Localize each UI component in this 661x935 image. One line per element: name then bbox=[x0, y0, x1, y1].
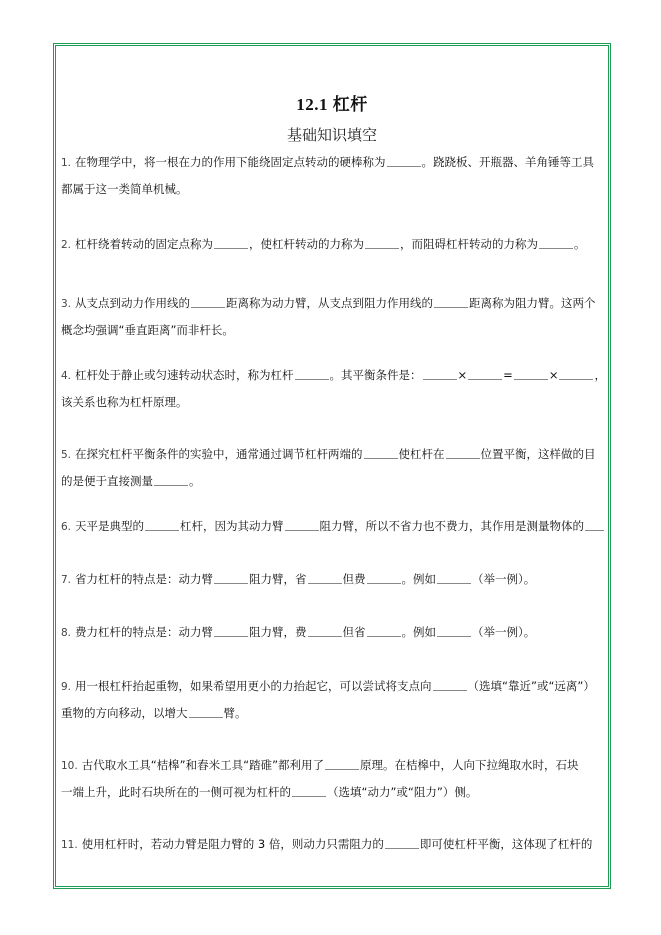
question-text: 。例如 bbox=[402, 625, 437, 639]
question-text: 省力杠杆的特点是：动力臂 bbox=[75, 572, 213, 586]
fill-in-blank[interactable] bbox=[308, 571, 342, 584]
question-number: 3. bbox=[61, 298, 71, 310]
question-text: 杠杆处于静止或匀速转动状态时，称为杠杆 bbox=[75, 368, 294, 382]
question-text: 古代取水工具“桔槔”和舂米工具“踏碓”都利用了 bbox=[82, 758, 324, 772]
fill-in-blank[interactable] bbox=[292, 784, 326, 797]
question-2: 2.杠杆绕着转动的固定点称为，使杠杆转动的力称为，而阻碍杠杆转动的力称为。 bbox=[61, 231, 604, 258]
question-text: 。 bbox=[574, 237, 586, 251]
question-text: ， bbox=[594, 368, 604, 382]
question-text: 概念均强调“垂直距离”而非杆长。 bbox=[61, 323, 234, 337]
question-line: 重物的方向移动，以增大臂。 bbox=[61, 700, 604, 727]
question-text: 费力杠杆的特点是：动力臂 bbox=[75, 625, 213, 639]
question-number: 1. bbox=[61, 157, 71, 169]
fill-in-blank[interactable] bbox=[514, 367, 548, 380]
question-line: 5.在探究杠杆平衡条件的实验中，通常通过调节杠杆两端的使杠杆在位置平衡，这样做的… bbox=[61, 441, 604, 468]
question-text: 。例如 bbox=[402, 572, 437, 586]
question-text: 的是便于直接测量 bbox=[61, 474, 153, 488]
fill-in-blank[interactable] bbox=[539, 236, 573, 249]
fill-in-blank[interactable] bbox=[423, 367, 457, 380]
question-text: 使用杠杆时，若动力臂是阻力臂的 3 倍，则动力只需阻力的 bbox=[82, 837, 384, 851]
question-10: 10.古代取水工具“桔槔”和舂米工具“踏碓”都利用了原理。在桔槔中，人向下拉绳取… bbox=[61, 752, 604, 806]
fill-in-blank[interactable] bbox=[434, 295, 468, 308]
question-number: 9. bbox=[61, 681, 71, 693]
question-5: 5.在探究杠杆平衡条件的实验中，通常通过调节杠杆两端的使杠杆在位置平衡，这样做的… bbox=[61, 441, 604, 495]
fill-in-blank[interactable] bbox=[585, 518, 604, 531]
fill-in-blank[interactable] bbox=[325, 757, 359, 770]
fill-in-blank[interactable] bbox=[191, 295, 225, 308]
section-subtitle: 基础知识填空 bbox=[56, 124, 608, 145]
question-text: 即可使杠杆平衡，这体现了杠杆的 bbox=[420, 837, 593, 851]
fill-in-blank[interactable] bbox=[365, 236, 399, 249]
fill-in-blank[interactable] bbox=[145, 518, 179, 531]
fill-in-blank[interactable] bbox=[559, 367, 593, 380]
question-text: 使杠杆在 bbox=[399, 447, 445, 461]
question-number: 11. bbox=[61, 839, 78, 851]
question-text: （选填“动力”或“阻力”）侧。 bbox=[327, 785, 477, 799]
question-text: 但省 bbox=[343, 625, 366, 639]
question-line: 7.省力杠杆的特点是：动力臂阻力臂，省但费。例如（举一例）。 bbox=[61, 566, 604, 593]
question-number: 8. bbox=[61, 627, 71, 639]
question-line: 6.天平是典型的杠杆，因为其动力臂阻力臂，所以不省力也不费力，其作用是测量物体的… bbox=[61, 513, 604, 540]
fill-in-blank[interactable] bbox=[468, 367, 502, 380]
fill-in-blank[interactable] bbox=[189, 705, 223, 718]
question-line: 都属于这一类简单机械。 bbox=[61, 176, 604, 203]
fill-in-blank[interactable] bbox=[214, 571, 248, 584]
question-text: （举一例）。 bbox=[472, 572, 535, 586]
fill-in-blank[interactable] bbox=[385, 836, 419, 849]
fill-in-blank[interactable] bbox=[295, 367, 329, 380]
question-text: 天平是典型的 bbox=[75, 519, 144, 533]
question-line: 2.杠杆绕着转动的固定点称为，使杠杆转动的力称为，而阻碍杠杆转动的力称为。 bbox=[61, 231, 604, 258]
fill-in-blank[interactable] bbox=[154, 473, 188, 486]
fill-in-blank[interactable] bbox=[387, 154, 421, 167]
question-number: 2. bbox=[61, 239, 71, 251]
question-text: ，而阻碍杠杆转动的力称为 bbox=[400, 237, 538, 251]
question-text: 该关系也称为杠杆原理。 bbox=[61, 395, 188, 409]
question-text: （举一例）。 bbox=[472, 625, 535, 639]
question-text: （选填“靠近”或“远离”） bbox=[468, 679, 595, 693]
question-line: 3.从支点到动力作用线的距离称为动力臂，从支点到阻力作用线的距离称为阻力臂。这两… bbox=[61, 290, 604, 317]
question-text: 距离称为动力臂，从支点到阻力作用线的 bbox=[226, 296, 433, 310]
question-text: ，使杠杆转动的力称为 bbox=[249, 237, 364, 251]
question-line: 概念均强调“垂直距离”而非杆长。 bbox=[61, 317, 604, 344]
fill-in-blank[interactable] bbox=[364, 446, 398, 459]
question-text: 重物的方向移动，以增大 bbox=[61, 706, 188, 720]
question-7: 7.省力杠杆的特点是：动力臂阻力臂，省但费。例如（举一例）。 bbox=[61, 566, 604, 593]
fill-in-blank[interactable] bbox=[367, 571, 401, 584]
question-text: 阻力臂，省 bbox=[249, 572, 307, 586]
question-text: 原理。在桔槔中，人向下拉绳取水时，石块 bbox=[360, 758, 579, 772]
question-6: 6.天平是典型的杠杆，因为其动力臂阻力臂，所以不省力也不费力，其作用是测量物体的… bbox=[61, 513, 604, 540]
question-text: 在物理学中，将一根在力的作用下能绕固定点转动的硬棒称为 bbox=[75, 155, 386, 169]
question-text: 阻力臂，所以不省力也不费力，其作用是测量物体的 bbox=[320, 519, 585, 533]
question-number: 10. bbox=[61, 760, 78, 772]
question-9: 9.用一根杠杆抬起重物，如果希望用更小的力抬起它，可以尝试将支点向（选填“靠近”… bbox=[61, 673, 604, 727]
question-text: 阻力臂，费 bbox=[249, 625, 307, 639]
fill-in-blank[interactable] bbox=[446, 446, 480, 459]
question-text: 从支点到动力作用线的 bbox=[75, 296, 190, 310]
fill-in-blank[interactable] bbox=[214, 624, 248, 637]
fill-in-blank[interactable] bbox=[308, 624, 342, 637]
question-text: 位置平衡，这样做的目 bbox=[481, 447, 596, 461]
question-line: 8.费力杠杆的特点是：动力臂阻力臂，费但省。例如（举一例）。 bbox=[61, 619, 604, 646]
question-text: 但费 bbox=[343, 572, 366, 586]
question-text: 用一根杠杆抬起重物，如果希望用更小的力抬起它，可以尝试将支点向 bbox=[75, 679, 432, 693]
fill-in-blank[interactable] bbox=[214, 236, 248, 249]
question-3: 3.从支点到动力作用线的距离称为动力臂，从支点到阻力作用线的距离称为阻力臂。这两… bbox=[61, 290, 604, 344]
question-line: 一端上升，此时石块所在的一侧可视为杠杆的（选填“动力”或“阻力”）侧。 bbox=[61, 779, 604, 806]
question-text: 杠杆，因为其动力臂 bbox=[180, 519, 284, 533]
question-line: 10.古代取水工具“桔槔”和舂米工具“踏碓”都利用了原理。在桔槔中，人向下拉绳取… bbox=[61, 752, 604, 779]
question-text: × bbox=[458, 368, 468, 382]
question-text: 杠杆绕着转动的固定点称为 bbox=[75, 237, 213, 251]
question-line: 该关系也称为杠杆原理。 bbox=[61, 389, 604, 416]
question-text: × bbox=[549, 368, 559, 382]
question-4: 4.杠杆处于静止或匀速转动状态时，称为杠杆。其平衡条件是：×=×，该关系也称为杠… bbox=[61, 362, 604, 416]
fill-in-blank[interactable] bbox=[437, 571, 471, 584]
question-line: 的是便于直接测量。 bbox=[61, 468, 604, 495]
question-number: 5. bbox=[61, 449, 71, 461]
question-1: 1.在物理学中，将一根在力的作用下能绕固定点转动的硬棒称为。跷跷板、开瓶器、羊角… bbox=[61, 149, 604, 203]
question-text: 。其平衡条件是： bbox=[330, 368, 422, 382]
question-line: 9.用一根杠杆抬起重物，如果希望用更小的力抬起它，可以尝试将支点向（选填“靠近”… bbox=[61, 673, 604, 700]
question-text: 。 bbox=[189, 474, 201, 488]
question-8: 8.费力杠杆的特点是：动力臂阻力臂，费但省。例如（举一例）。 bbox=[61, 619, 604, 646]
fill-in-blank[interactable] bbox=[285, 518, 319, 531]
question-text: 都属于这一类简单机械。 bbox=[61, 182, 188, 196]
fill-in-blank[interactable] bbox=[433, 678, 467, 691]
question-line: 1.在物理学中，将一根在力的作用下能绕固定点转动的硬棒称为。跷跷板、开瓶器、羊角… bbox=[61, 149, 604, 176]
question-text: 一端上升，此时石块所在的一侧可视为杠杆的 bbox=[61, 785, 291, 799]
fill-in-blank[interactable] bbox=[367, 624, 401, 637]
question-text: 在探究杠杆平衡条件的实验中，通常通过调节杠杆两端的 bbox=[75, 447, 363, 461]
page-title: 12.1 杠杆 bbox=[56, 90, 608, 115]
question-number: 7. bbox=[61, 574, 71, 586]
question-text: 。跷跷板、开瓶器、羊角锤等工具 bbox=[422, 155, 595, 169]
question-number: 4. bbox=[61, 370, 71, 382]
worksheet-frame: 12.1 杠杆 基础知识填空 1.在物理学中，将一根在力的作用下能绕固定点转动的… bbox=[53, 43, 611, 889]
question-line: 4.杠杆处于静止或匀速转动状态时，称为杠杆。其平衡条件是：×=×， bbox=[61, 362, 604, 389]
question-text: 距离称为阻力臂。这两个 bbox=[469, 296, 596, 310]
question-line: 11.使用杠杆时，若动力臂是阻力臂的 3 倍，则动力只需阻力的即可使杠杆平衡，这… bbox=[61, 831, 604, 858]
question-text: = bbox=[503, 368, 513, 382]
question-11: 11.使用杠杆时，若动力臂是阻力臂的 3 倍，则动力只需阻力的即可使杠杆平衡，这… bbox=[61, 831, 604, 858]
question-text: 臂。 bbox=[224, 706, 247, 720]
fill-in-blank[interactable] bbox=[437, 624, 471, 637]
question-number: 6. bbox=[61, 521, 71, 533]
